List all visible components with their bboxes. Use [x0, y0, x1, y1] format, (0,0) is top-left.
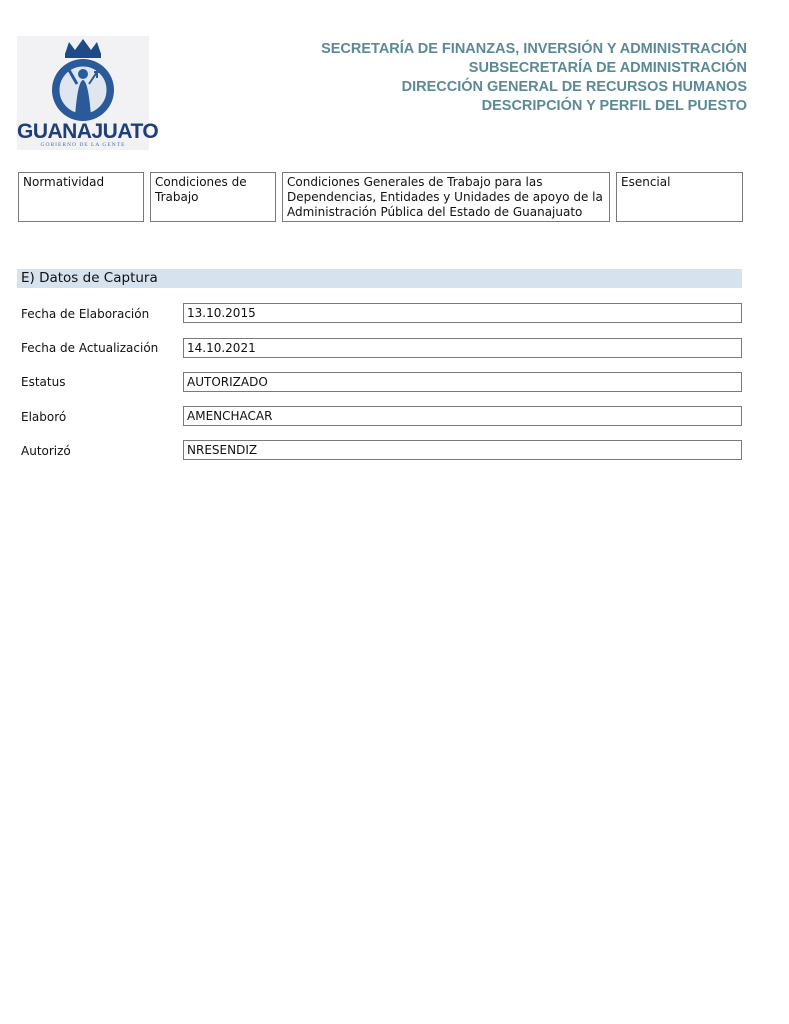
normatividad-description-cell: Condiciones Generales de Trabajo para la… — [282, 172, 610, 222]
guanajuato-logo: GUANAJUATO GOBIERNO DE LA GENTE — [17, 36, 149, 150]
field-estatus: AUTORIZADO — [183, 372, 742, 392]
section-datos-de-captura: E) Datos de Captura — [17, 269, 742, 288]
label-elaboro: Elaboró — [21, 407, 66, 427]
document-header: SECRETARÍA DE FINANZAS, INVERSIÓN Y ADMI… — [321, 40, 747, 116]
guanajuato-crest-icon — [17, 36, 149, 126]
label-fecha-elaboracion: Fecha de Elaboración — [21, 304, 149, 324]
label-fecha-actualizacion: Fecha de Actualización — [21, 338, 158, 358]
header-subsecretaria: SUBSECRETARÍA DE ADMINISTRACIÓN — [321, 59, 747, 78]
normatividad-level-cell: Esencial — [616, 172, 743, 222]
field-fecha-elaboracion: 13.10.2015 — [183, 303, 742, 323]
header-direccion: DIRECCIÓN GENERAL DE RECURSOS HUMANOS — [321, 78, 747, 97]
normatividad-type-cell: Normatividad — [18, 172, 144, 222]
logo-tagline: GOBIERNO DE LA GENTE — [17, 142, 149, 148]
header-document-title: DESCRIPCIÓN Y PERFIL DEL PUESTO — [321, 97, 747, 116]
normatividad-category-cell: Condiciones de Trabajo — [150, 172, 276, 222]
label-autorizo: Autorizó — [21, 441, 71, 461]
header-secretaria: SECRETARÍA DE FINANZAS, INVERSIÓN Y ADMI… — [321, 40, 747, 59]
logo-wordmark: GUANAJUATO — [17, 120, 149, 144]
field-fecha-actualizacion: 14.10.2021 — [183, 338, 742, 358]
field-autorizo: NRESENDIZ — [183, 440, 742, 460]
label-estatus: Estatus — [21, 372, 65, 392]
field-elaboro: AMENCHACAR — [183, 406, 742, 426]
